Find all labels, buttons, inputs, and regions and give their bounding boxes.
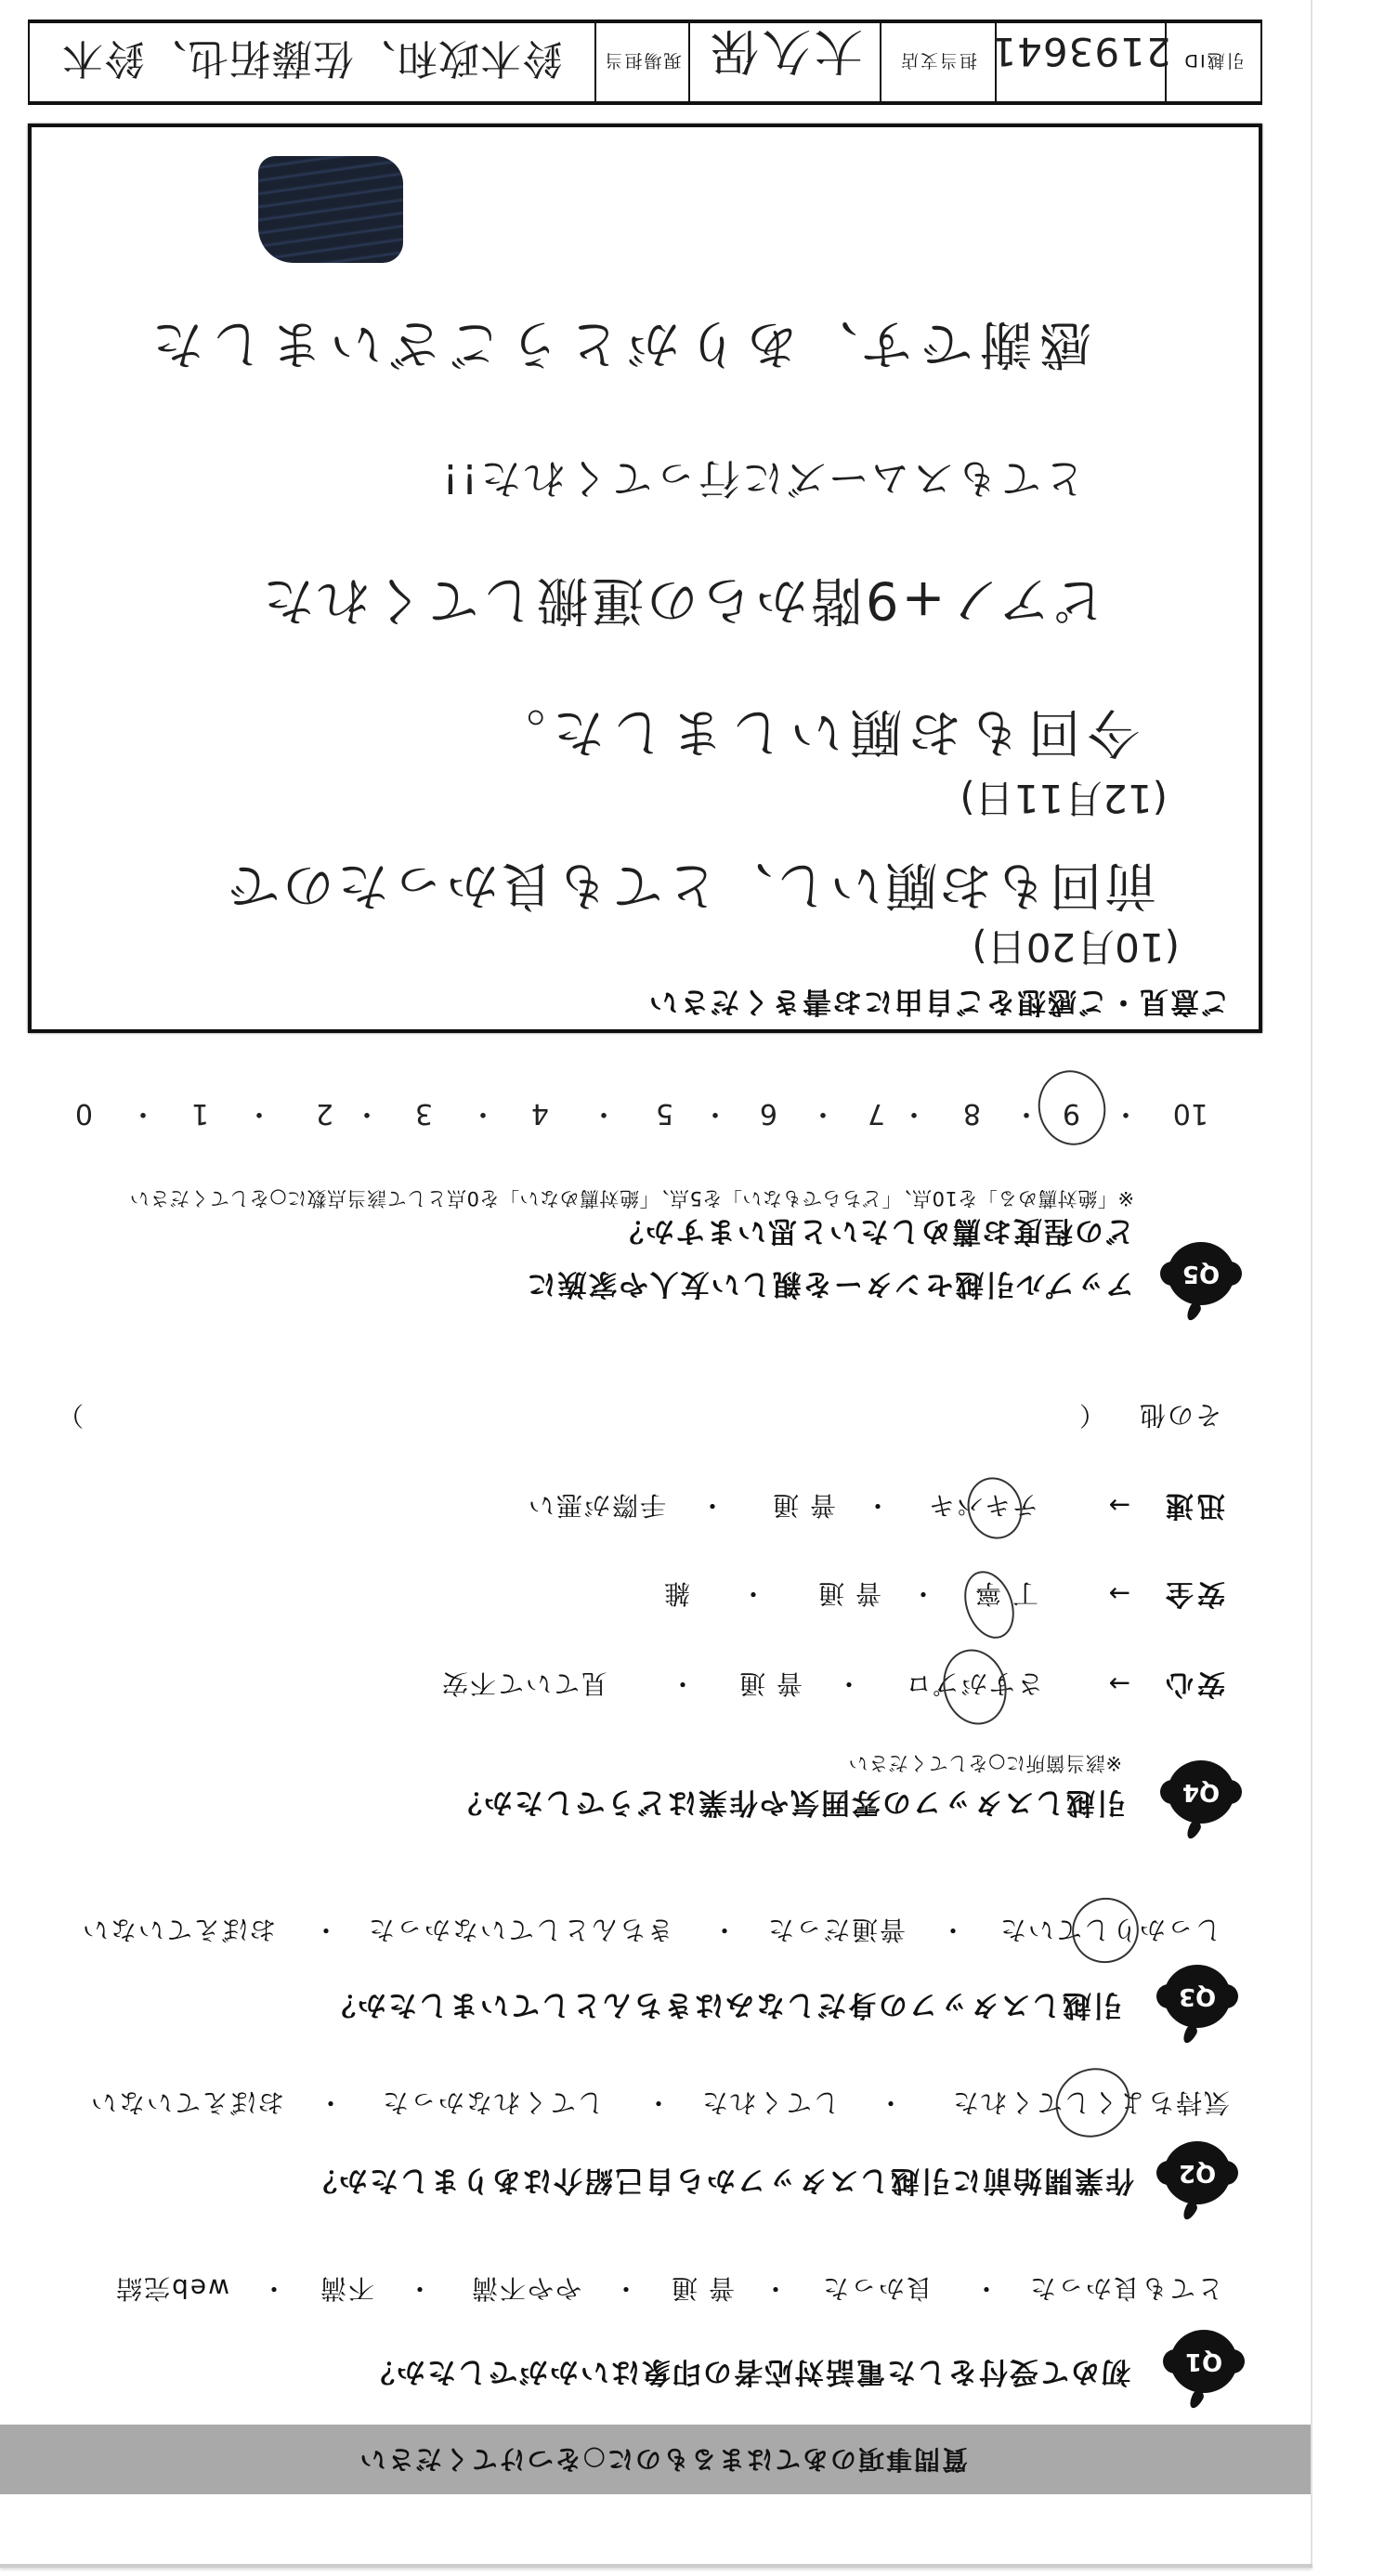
scale-separator: ・ <box>245 1085 273 1141</box>
scale-3: 3 <box>415 1085 433 1141</box>
q2-question: Q2 作業開始前に引越しスタッフから自己紹介はありましたか？ <box>37 2137 1249 2229</box>
comment-date-note-1: (10月20日) <box>972 923 1180 970</box>
comment-line-2: 今回もお願いしました。 <box>486 699 1140 764</box>
q2-option: おぼえていない <box>89 2074 284 2130</box>
option-separator: ・ <box>698 1477 725 1533</box>
q3-option: おぼえていない <box>81 1902 276 1957</box>
arrow-right-icon: → <box>1107 1565 1130 1621</box>
staff-cell: 鈴木政和、佐藤拓也、鈴木 <box>30 23 594 101</box>
scale-separator: ・ <box>469 1085 497 1141</box>
scale-8: 8 <box>963 1085 981 1141</box>
comment-line-5: 感謝です、ありがとうございました <box>144 310 1091 375</box>
option-separator: ・ <box>761 2260 789 2316</box>
scale-separator: ・ <box>701 1085 729 1141</box>
header-table: 引越ID 2193641 担当支店 大久保 現場担当 鈴木政和、佐藤拓也、鈴木 <box>28 20 1262 105</box>
option-separator: ・ <box>738 1565 766 1621</box>
scale-separator: ・ <box>590 1085 618 1141</box>
move-id-value: 2193641 <box>990 30 1170 96</box>
scale-4: 4 <box>531 1085 549 1141</box>
q4-option: 普通 <box>807 1565 881 1621</box>
q4-other-close-paren: ） <box>56 1387 84 1443</box>
q4-option: 普通 <box>762 1477 836 1533</box>
branch-label-cell: 担当支店 <box>880 23 995 101</box>
q4-option: 見ていて不安 <box>440 1655 607 1711</box>
branch-cell: 大久保 <box>688 23 880 101</box>
scale-7: 7 <box>868 1085 885 1141</box>
q5-note: ※「絶対薦める」を10点、「どちらでもない」を5点、「絶対薦めない」を0点として… <box>129 1185 1134 1211</box>
comments-heading: ご意見・ご感想をご自由にお書きください <box>647 985 1230 1018</box>
q1-option: 良かった <box>821 2260 933 2316</box>
q4-question: Q4 引越しスタッフの雰囲気や作業はどうでしたか？ ※該当箇所に○をしてください <box>37 1742 1249 1844</box>
q4-option: 普通 <box>728 1655 803 1711</box>
staff-label: 現場担当 <box>604 50 682 75</box>
q4-option: 手際が悪い <box>527 1477 666 1533</box>
scale-6: 6 <box>760 1085 777 1141</box>
instructions-banner-text: 質問事項のあてはまるものに○をつけてください <box>359 2425 968 2494</box>
scale-separator: ・ <box>900 1085 928 1141</box>
q4-question-text: 引越しスタッフの雰囲気や作業はどうでしたか？ <box>451 1784 1126 1821</box>
q1-option: やや不満 <box>470 2260 581 2316</box>
q4-note: ※該当箇所に○をしてください <box>848 1750 1122 1776</box>
q1-question-text: 初めて受付をした電話対応者の印象はいかがでしたか？ <box>364 2353 1130 2390</box>
scale-separator: ・ <box>353 1085 381 1141</box>
scale-separator: ・ <box>1112 1085 1140 1141</box>
scale-5: 5 <box>656 1085 673 1141</box>
option-separator: ・ <box>834 1655 862 1711</box>
paper-edge-bottom <box>0 2564 1312 2568</box>
q4-other-open-paren: （ <box>1077 1387 1105 1443</box>
option-separator: ・ <box>938 1902 966 1957</box>
q3-question-text: 引越しスタッフの身だしなみはきちんとしていましたか？ <box>325 1986 1122 2023</box>
q3-option: きちんとしていなかった <box>367 1902 673 1957</box>
move-id-label-cell: 引越ID <box>1165 23 1260 101</box>
q1-question: Q1 初めて受付をした電話対応者の印象はいかがでしたか？ <box>37 2322 1249 2415</box>
scale-10: 10 <box>1173 1085 1208 1141</box>
apple-q1-icon: Q1 <box>1163 2327 1245 2409</box>
option-separator: ・ <box>876 2074 904 2130</box>
instructions-banner: 質問事項のあてはまるものに○をつけてください <box>0 2425 1311 2494</box>
scale-0: 0 <box>75 1085 93 1141</box>
option-separator: ・ <box>863 1477 891 1533</box>
move-id-cell: 2193641 <box>995 23 1165 101</box>
paper-edge-right <box>1311 0 1312 2566</box>
scale-separator: ・ <box>129 1085 157 1141</box>
q2-question-text: 作業開始前に引越しスタッフから自己紹介はありましたか？ <box>307 2162 1134 2199</box>
option-separator: ・ <box>908 1565 936 1621</box>
q5-question-line1: アップル引越センターを親しい友人や家族に <box>526 1265 1134 1302</box>
option-separator: ・ <box>611 2260 639 2316</box>
option-separator: ・ <box>710 1902 738 1957</box>
q3-question: Q3 引越しスタッフの身だしなみはきちんとしていましたか？ <box>37 1960 1249 2053</box>
scale-2: 2 <box>316 1085 333 1141</box>
option-separator: ・ <box>259 2260 287 2316</box>
q3-option: 普通だった <box>766 1902 906 1957</box>
comment-date-note-2: (12月11日) <box>960 775 1168 821</box>
apple-q3-icon: Q3 <box>1156 1962 1238 2044</box>
comments-box: ご意見・ご感想をご自由にお書きください (10月20日) 前回もお願いし、とても… <box>28 124 1262 1033</box>
selection-circle-q2 <box>1044 2056 1141 2149</box>
q4-option: 雑 <box>662 1565 690 1621</box>
q3-options: しっかりしていた ・ 普通だった ・ きちんとしていなかった ・ おぼえていない <box>37 1902 1249 1957</box>
option-separator: ・ <box>316 2074 344 2130</box>
q5-question-line2: どの程度お薦めしたいと思いますか？ <box>613 1212 1134 1249</box>
option-separator: ・ <box>311 1902 339 1957</box>
q4-row-safety: 安全 → 丁寧 ・ 普通 ・ 雑 <box>37 1565 1249 1621</box>
arrow-right-icon: → <box>1107 1655 1130 1711</box>
scale-separator: ・ <box>1012 1085 1040 1141</box>
q2-option: してくれた <box>700 2074 840 2130</box>
comment-line-3: ピアノ+9階からの運搬してくれた <box>260 567 1105 632</box>
scale-1: 1 <box>191 1085 209 1141</box>
q4-row-label: 安全 <box>1162 1565 1225 1621</box>
branch-value: 大久保 <box>707 21 863 104</box>
branch-label: 担当支店 <box>899 50 977 75</box>
option-separator: ・ <box>668 1655 696 1711</box>
staff-value: 鈴木政和、佐藤拓也、鈴木 <box>61 33 563 92</box>
apple-q5-icon: Q5 <box>1160 1239 1242 1321</box>
q1-options: とても良かった ・ 良かった ・ 普通 ・ やや不満 ・ 不満 ・ web完結 <box>37 2260 1249 2316</box>
comment-line-1: 前回もお願いし、とても良かったので <box>225 852 1156 917</box>
redacted-signature <box>258 156 403 263</box>
option-separator: ・ <box>972 2260 999 2316</box>
arrow-right-icon: → <box>1107 1477 1130 1533</box>
q1-option: とても良かった <box>1028 2260 1223 2316</box>
q4-row-reassurance: 安心 → さすがプロ ・ 普通 ・ 見ていて不安 <box>37 1655 1249 1711</box>
move-id-label: 引越ID <box>1182 50 1244 75</box>
option-separator: ・ <box>405 2260 433 2316</box>
q4-other-label: その他 <box>1138 1387 1221 1443</box>
q4-row-label: 迅速 <box>1162 1477 1225 1533</box>
option-separator: ・ <box>644 2074 672 2130</box>
comment-line-4: とてもスムーズに行ってくれた!! <box>439 445 1085 510</box>
q1-option: 普通 <box>660 2260 735 2316</box>
apple-q2-icon: Q2 <box>1156 2138 1238 2220</box>
q1-option: web完結 <box>114 2260 229 2316</box>
q1-option: 不満 <box>319 2260 374 2316</box>
q2-option: してくれなかった <box>381 2074 604 2130</box>
apple-q4-icon: Q4 <box>1160 1758 1242 1839</box>
q4-row-speed: 迅速 → テキパキ ・ 普通 ・ 手際が悪い <box>37 1477 1249 1533</box>
q4-other-row: その他 （ ） <box>37 1387 1249 1443</box>
q5-question: Q5 アップル引越センターを親しい友人や家族に どの程度お薦めしたいと思いますか… <box>37 1180 1249 1328</box>
staff-label-cell: 現場担当 <box>594 23 688 101</box>
scale-separator: ・ <box>809 1085 837 1141</box>
q4-row-label: 安心 <box>1162 1655 1225 1711</box>
